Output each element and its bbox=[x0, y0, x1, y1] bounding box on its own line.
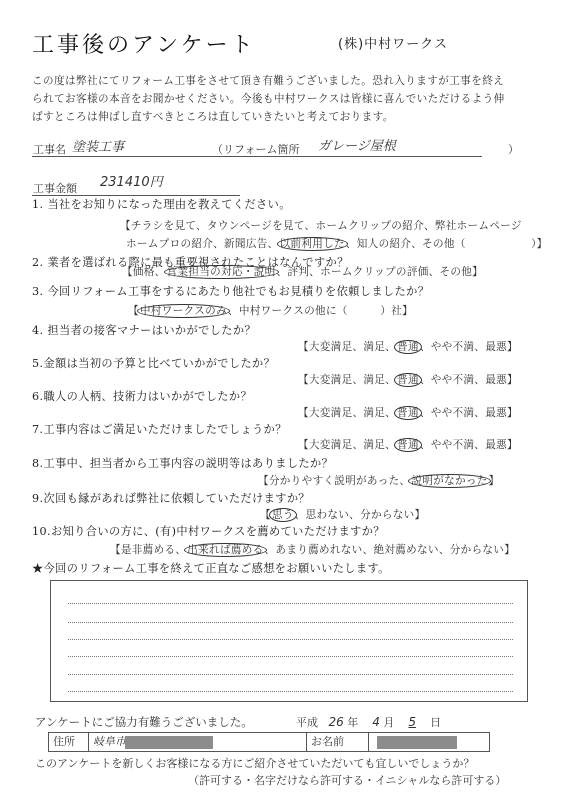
q9-options: 【思う、思わない、分からない】 bbox=[260, 507, 425, 522]
question-3: 3. 今回リフォーム工事をするにあたり他社でもお見積りを依頼しましたか？ bbox=[32, 283, 429, 299]
thanks-text: アンケートにご協力有難うございました。 bbox=[35, 714, 253, 730]
comment-line bbox=[68, 603, 513, 604]
amount-label: 工事金額 bbox=[33, 180, 77, 196]
comment-line bbox=[68, 674, 513, 675]
consent-options[interactable]: （許可する・名字だけなら許可する・イニシャルなら許可する） bbox=[188, 772, 506, 788]
month-value[interactable]: 4 bbox=[372, 715, 380, 729]
question-10: 10.お知り合いの方に、(有)中村ワークスを薦めていただけますか？ bbox=[32, 523, 385, 539]
comment-prompt: ★今回のリフォーム工事を終えて正直なご感想をお願いいたします。 bbox=[32, 560, 390, 576]
intro-line: られてお客様の本音をお聞かせください。今後も中村ワークスは皆様に喜んでいただける… bbox=[32, 90, 505, 108]
q1-options-line1: 【チラシを見て、タウンページを見て、ホームクリップの紹介、弊社ホームページ bbox=[120, 218, 522, 233]
customer-info-table: 住所 岐阜市 お名前 bbox=[48, 732, 490, 752]
q8-selected-option[interactable]: 説明がなかった bbox=[408, 474, 490, 488]
reform-location-close: ） bbox=[508, 141, 519, 157]
date-field: 平成 26 年 4 月 5 日 bbox=[296, 714, 441, 730]
company-name: (株)中村ワークス bbox=[338, 33, 448, 52]
question-8: 8.工事中、担当者から工事内容の説明等はありましたか？ bbox=[32, 455, 333, 471]
address-label: 住所 bbox=[49, 733, 89, 751]
q2-options: 【価格、営業担当の対応・説明、評判、ホームクリップの評価、その他】 bbox=[122, 264, 483, 279]
comment-line bbox=[68, 691, 513, 692]
work-name-field[interactable]: 塗装工事 bbox=[72, 136, 124, 155]
comment-line bbox=[68, 639, 513, 640]
q6-options: 【大変満足、満足、普通、やや不満、最悪】 bbox=[298, 405, 518, 420]
q8-options: 【分かりやすく説明があった、説明がなかった】 bbox=[258, 473, 500, 488]
comment-line bbox=[68, 622, 513, 623]
year-value[interactable]: 26 bbox=[329, 715, 344, 729]
question-4: 4. 担当者の接客マナーはいかがでしたか？ bbox=[32, 322, 256, 338]
q10-options: 【是非薦める、出来れば薦める、あまり薦めれない、絶対薦めない、分からない】 bbox=[110, 542, 515, 557]
q6-selected-option[interactable]: 普通 bbox=[394, 406, 422, 420]
question-6: 6.職人の人柄、技術力はいかがでしたか？ bbox=[32, 388, 252, 404]
comment-line bbox=[68, 656, 513, 657]
q4-selected-option[interactable]: 普通 bbox=[394, 340, 422, 354]
work-name-label: 工事名 bbox=[33, 141, 66, 157]
day-value[interactable]: 5 bbox=[408, 715, 416, 729]
q1-selected-option[interactable]: 以前利用した bbox=[277, 237, 348, 251]
question-5: 5.金額は当初の予算と比べていかがでしたか？ bbox=[32, 355, 275, 371]
q3-options: 【中村ワークスのみ、中村ワークスの他に（ ）社】 bbox=[128, 303, 413, 318]
page-title: 工事後のアンケート bbox=[32, 28, 256, 59]
comment-box[interactable] bbox=[50, 580, 528, 702]
q4-options: 【大変満足、満足、普通、やや不満、最悪】 bbox=[298, 339, 518, 354]
q1-options-line2: ホームプロの紹介、新聞広告、以前利用した、知人の紹介、その他（ ）】 bbox=[126, 236, 548, 251]
q7-selected-option[interactable]: 普通 bbox=[394, 438, 422, 452]
q10-selected-option[interactable]: 出来れば薦める bbox=[184, 543, 266, 557]
amount-field[interactable]: 231410円 bbox=[100, 171, 163, 190]
question-9: 9.次回も縁があれば弊社に依頼していただけますか？ bbox=[32, 490, 310, 506]
reform-location-label: （リフォーム箇所 bbox=[212, 141, 299, 157]
q9-selected-option[interactable]: 思う bbox=[269, 508, 297, 522]
q5-options: 【大変満足、満足、普通、やや不満、最悪】 bbox=[298, 372, 518, 387]
reform-location-field[interactable]: ガレージ屋根 bbox=[318, 135, 396, 154]
address-redaction bbox=[125, 736, 213, 749]
name-redaction bbox=[377, 736, 457, 749]
question-1: 1. 当社をお知りになった理由を教えてください。 bbox=[32, 196, 291, 212]
q3-selected-option[interactable]: 中村ワークスのみ bbox=[137, 304, 230, 318]
intro-line: ばすところは伸ばし直すべきところは直していきたいと考えております。 bbox=[32, 108, 505, 126]
consent-question: このアンケートを新しくお客様になる方にご紹介させていただいても宜しいでしょうか？ bbox=[35, 755, 474, 771]
question-7: 7.工事内容はご満足いただけましたでしょうか？ bbox=[32, 421, 287, 437]
q5-selected-option[interactable]: 普通 bbox=[394, 373, 422, 387]
intro-text: この度は弊社にてリフォーム工事をさせて頂き有難うございました。恐れ入りますが工事… bbox=[32, 72, 505, 126]
name-label: お名前 bbox=[307, 733, 369, 751]
q2-selected-option[interactable]: 営業担当の対応・説明 bbox=[164, 265, 279, 279]
q7-options: 【大変満足、満足、普通、やや不満、最悪】 bbox=[298, 437, 518, 452]
intro-line: この度は弊社にてリフォーム工事をさせて頂き有難うございました。恐れ入りますが工事… bbox=[32, 72, 505, 90]
